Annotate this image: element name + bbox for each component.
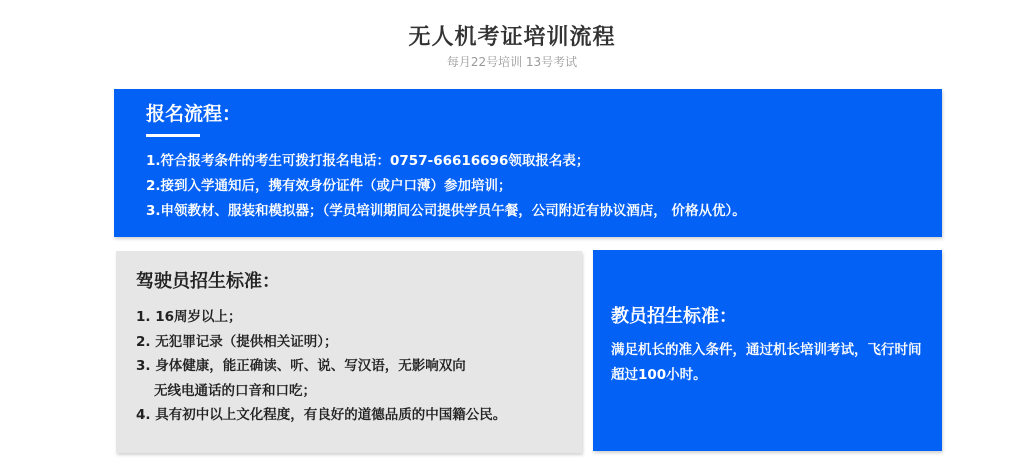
registration-step: 2.接到入学通知后，携有效身份证件（或户口薄）参加培训；	[146, 174, 942, 199]
page-title: 无人机考证培训流程	[0, 20, 1024, 51]
pilot-heading: 驾驶员招生标准：	[136, 267, 582, 293]
pilot-requirement-continued: 无线电通话的口音和口吃；	[136, 379, 582, 404]
pilot-requirements-panel: 驾驶员招生标准： 1. 16周岁以上； 2. 无犯罪记录（提供相关证明）； 3.…	[116, 251, 582, 453]
pilot-requirement: 4. 具有初中以上文化程度，有良好的道德品质的中国籍公民。	[136, 403, 582, 428]
instructor-requirement: 满足机长的准入条件，通过机长培训考试，飞行时间超过100小时。	[611, 338, 926, 388]
instructor-requirements-panel: 教员招生标准： 满足机长的准入条件，通过机长培训考试，飞行时间超过100小时。	[593, 250, 942, 451]
instructor-heading: 教员招生标准：	[611, 302, 926, 328]
registration-step: 1.符合报考条件的考生可拨打报名电话：0757-66616696领取报名表；	[146, 149, 942, 174]
registration-step: 3.申领教材、服装和模拟器；（学员培训期间公司提供学员午餐，公司附近有协议酒店，…	[146, 199, 942, 224]
registration-panel: 报名流程： 1.符合报考条件的考生可拨打报名电话：0757-66616696领取…	[114, 89, 942, 237]
pilot-requirement: 1. 16周岁以上；	[136, 305, 582, 330]
pilot-requirement: 3. 身体健康，能正确读、听、说、写汉语，无影响双向	[136, 354, 582, 379]
pilot-requirement: 2. 无犯罪记录（提供相关证明）；	[136, 330, 582, 355]
page-subtitle: 每月22号培训 13号考试	[0, 53, 1024, 70]
heading-underline	[146, 134, 200, 137]
registration-heading: 报名流程：	[146, 99, 942, 126]
